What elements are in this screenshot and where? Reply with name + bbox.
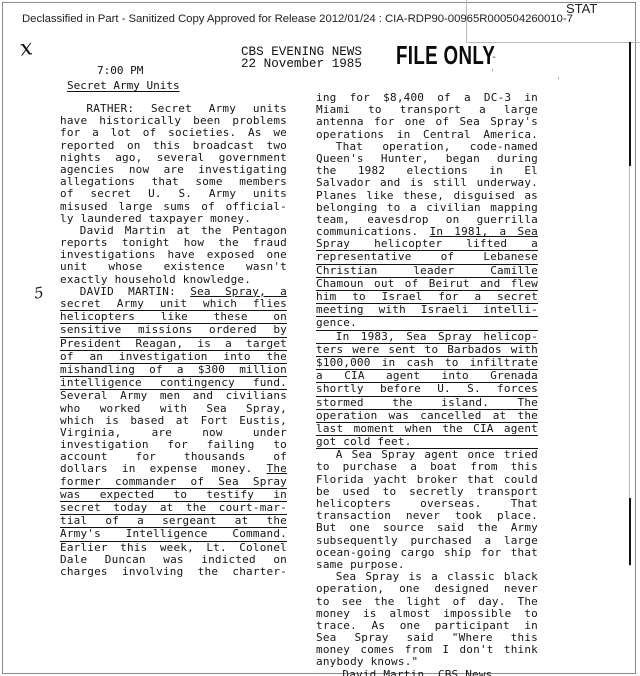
text-line: dollars in expense money. The xyxy=(60,463,287,475)
text-line: representative of Lebanese xyxy=(316,251,538,264)
text-line: former commander of Sea Spray xyxy=(60,476,287,489)
release-line: Declassified in Part - Sanitized Copy Ap… xyxy=(22,13,573,25)
text-line: Several Army men and civilians xyxy=(60,390,287,402)
text-line: of secret U. S. Army units xyxy=(60,188,287,200)
text-line: to purchase a boat from this xyxy=(316,461,538,473)
text-line: Christian leader Camille xyxy=(316,265,538,278)
text-line: David Martin, CBS News. xyxy=(316,669,538,676)
right-column-text: ing for $8,400 of a DC-3 inMiami to tran… xyxy=(316,92,538,676)
text-line: antenna for one of Sea Spray's xyxy=(316,116,538,128)
file-only-stamp: FILE ONLY xyxy=(396,40,495,71)
text-line: gence. xyxy=(316,317,538,330)
right-margin-bar-lower xyxy=(629,498,631,565)
text-line: shortly before U. S. forces xyxy=(316,383,538,396)
story-slug: Secret Army Units xyxy=(67,79,180,92)
text-line: Salvador and is still underway. xyxy=(316,177,538,189)
scan-speck: ' xyxy=(556,76,561,85)
text-line: operation was cancelled at the xyxy=(316,410,538,423)
text-line: subsequently purchased a large xyxy=(316,535,538,547)
text-line: President Reagan, is a target xyxy=(60,338,287,351)
text-line: Army's Intelligence Command. xyxy=(60,528,287,541)
text-line: reported on this broadcast two xyxy=(60,140,287,152)
text-line: Florida yacht broker that could xyxy=(316,474,538,486)
text-line: operation, one designed never xyxy=(316,583,538,595)
text-line: charges involving the charter- xyxy=(60,566,287,578)
text-line: Planes like these, disguised as xyxy=(316,190,538,202)
broadcast-date: 22 November 1985 xyxy=(241,57,362,71)
text-line: for a lot of societies. As we xyxy=(60,127,287,139)
text-line: stormed the island. The xyxy=(316,397,538,410)
text-line: unit whose existence wasn't xyxy=(60,261,287,273)
text-line: anybody knows." xyxy=(316,656,538,668)
text-line: In 1983, Sea Spray helicop- xyxy=(316,331,538,344)
right-margin-bar xyxy=(629,42,631,166)
stamp-dash: - xyxy=(491,52,497,63)
text-line: to see the light of day. The xyxy=(316,596,538,608)
text-line: operations in Central America. xyxy=(316,129,538,141)
text-line: sensitive missions ordered by xyxy=(60,324,287,337)
left-column-text: RATHER: Secret Army unitshave historical… xyxy=(60,103,287,578)
text-line: ters were sent to Barbados with xyxy=(316,344,538,357)
text-line: Earlier this week, Lt. Colonel xyxy=(60,542,287,554)
text-line: who worked with Sea Spray, xyxy=(60,403,287,415)
text-line: But one source said the Army xyxy=(316,522,538,534)
broadcast-header: CBS EVENING NEWS 22 November 1985 xyxy=(241,46,362,70)
text-line: of an investigation into the xyxy=(60,351,287,364)
text-line: misused large sums of official- xyxy=(60,201,287,213)
scan-speck: ' xyxy=(490,68,495,77)
broadcast-time: 7:00 PM xyxy=(97,64,143,77)
